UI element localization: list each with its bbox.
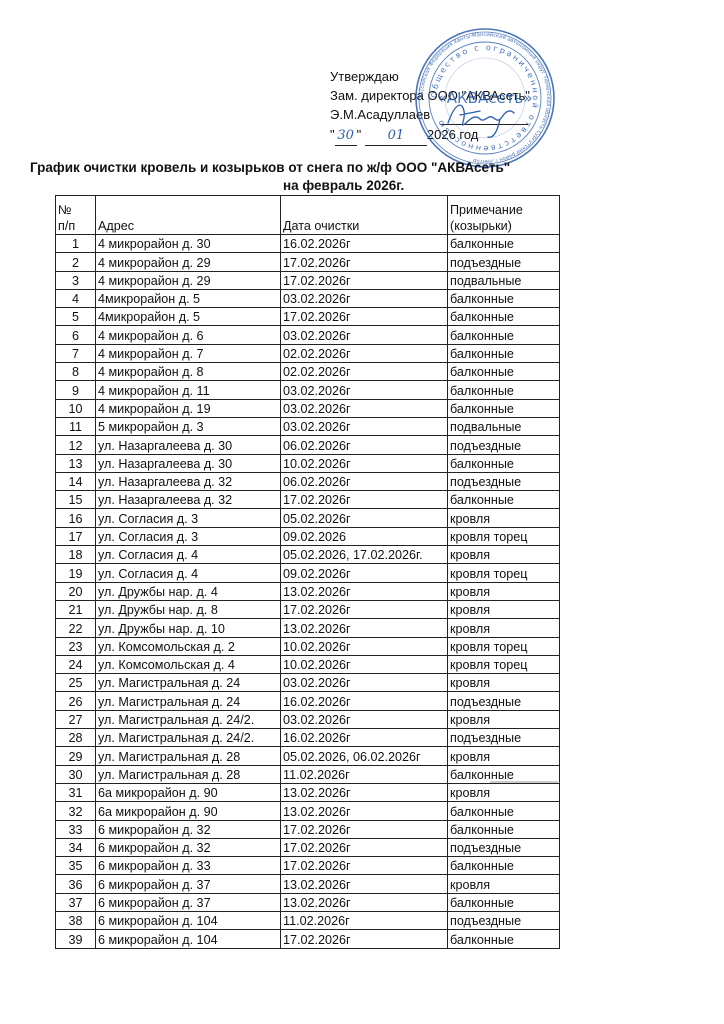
- row-note: балконные: [448, 344, 560, 362]
- row-address: 6 микрорайон д. 33: [96, 857, 281, 875]
- row-number: 13: [56, 454, 96, 472]
- row-address: 6 микрорайон д. 37: [96, 875, 281, 893]
- table-row: 366 микрорайон д. 3713.02.2026гкровля: [56, 875, 560, 893]
- row-address: 4микрорайон д. 5: [96, 289, 281, 307]
- row-number: 23: [56, 637, 96, 655]
- row-date: 17.02.2026г: [281, 253, 448, 271]
- row-note: балконные: [448, 820, 560, 838]
- row-address: 4 микрорайон д. 30: [96, 235, 281, 253]
- row-date: 13.02.2026г: [281, 619, 448, 637]
- table-row: 28ул. Магистральная д. 24/2.16.02.2026гп…: [56, 729, 560, 747]
- row-number: 14: [56, 472, 96, 490]
- table-row: 21ул. Дружбы нар. д. 817.02.2026гкровля: [56, 600, 560, 618]
- row-note: балконные: [448, 491, 560, 509]
- table-body: 14 микрорайон д. 3016.02.2026гбалконные2…: [56, 235, 560, 949]
- row-date: 03.02.2026г: [281, 326, 448, 344]
- table-row: 14 микрорайон д. 3016.02.2026гбалконные: [56, 235, 560, 253]
- row-date: 03.02.2026г: [281, 417, 448, 435]
- row-note: кровля: [448, 783, 560, 801]
- row-address: ул. Назаргалеева д. 32: [96, 472, 281, 490]
- row-date: 02.02.2026г: [281, 344, 448, 362]
- schedule-table: № п/п Адрес Дата очистки Примечание (коз…: [55, 195, 560, 949]
- row-address: 4 микрорайон д. 11: [96, 381, 281, 399]
- table-row: 26ул. Магистральная д. 2416.02.2026гподъ…: [56, 692, 560, 710]
- row-address: ул. Назаргалеева д. 30: [96, 454, 281, 472]
- row-note: кровля: [448, 546, 560, 564]
- row-note: кровля: [448, 747, 560, 765]
- row-number: 36: [56, 875, 96, 893]
- row-number: 4: [56, 289, 96, 307]
- row-number: 16: [56, 509, 96, 527]
- row-address: ул. Согласия д. 4: [96, 546, 281, 564]
- row-note: подвальные: [448, 417, 560, 435]
- row-date: 11.02.2026г: [281, 765, 448, 783]
- table-row: 386 микрорайон д. 10411.02.2026гподъездн…: [56, 911, 560, 929]
- table-row: 27ул. Магистральная д. 24/2.03.02.2026гк…: [56, 710, 560, 728]
- row-note: балконные: [448, 308, 560, 326]
- header-address: Адрес: [96, 196, 281, 235]
- row-date: 10.02.2026г: [281, 454, 448, 472]
- row-note: кровля: [448, 710, 560, 728]
- row-number: 15: [56, 491, 96, 509]
- row-date: 06.02.2026г: [281, 436, 448, 454]
- header-number: № п/п: [56, 196, 96, 235]
- row-note: балконные: [448, 289, 560, 307]
- row-address: ул. Магистральная д. 28: [96, 747, 281, 765]
- row-date: 03.02.2026г: [281, 399, 448, 417]
- row-date: 03.02.2026г: [281, 674, 448, 692]
- table-row: 316а микрорайон д. 9013.02.2026гкровля: [56, 783, 560, 801]
- row-address: 6 микрорайон д. 37: [96, 893, 281, 911]
- row-address: ул. Назаргалеева д. 32: [96, 491, 281, 509]
- row-address: ул. Магистральная д. 24: [96, 674, 281, 692]
- table-row: 17ул. Согласия д. 309.02.2026кровля торе…: [56, 527, 560, 545]
- row-address: ул. Магистральная д. 24/2.: [96, 729, 281, 747]
- approval-day: 30: [335, 126, 357, 146]
- table-row: 104 микрорайон д. 1903.02.2026гбалконные: [56, 399, 560, 417]
- table-row: 34 микрорайон д. 2917.02.2026гподвальные: [56, 271, 560, 289]
- row-address: ул. Согласия д. 3: [96, 527, 281, 545]
- row-number: 22: [56, 619, 96, 637]
- row-note: подъездные: [448, 729, 560, 747]
- row-note: балконные: [448, 802, 560, 820]
- row-note: балконные: [448, 399, 560, 417]
- row-date: 17.02.2026г: [281, 271, 448, 289]
- row-number: 24: [56, 655, 96, 673]
- table-row: 326а микрорайон д. 9013.02.2026гбалконны…: [56, 802, 560, 820]
- row-number: 28: [56, 729, 96, 747]
- approval-block: Утверждаю Зам. директора ООО "АКВАсеть" …: [330, 67, 530, 146]
- row-note: кровля: [448, 619, 560, 637]
- row-address: ул. Магистральная д. 28: [96, 765, 281, 783]
- table-row: 44микрорайон д. 503.02.2026гбалконные: [56, 289, 560, 307]
- row-address: 4 микрорайон д. 8: [96, 363, 281, 381]
- row-note: кровля: [448, 674, 560, 692]
- row-note: балконные: [448, 893, 560, 911]
- approver-name: Э.М.Асадуллаев: [330, 107, 430, 122]
- row-date: 09.02.2026: [281, 527, 448, 545]
- row-note: балконные: [448, 326, 560, 344]
- table-row: 29ул. Магистральная д. 2805.02.2026, 06.…: [56, 747, 560, 765]
- table-row: 346 микрорайон д. 3217.02.2026гподъездны…: [56, 838, 560, 856]
- row-address: 5 микрорайон д. 3: [96, 417, 281, 435]
- row-date: 05.02.2026, 06.02.2026г: [281, 747, 448, 765]
- row-number: 32: [56, 802, 96, 820]
- row-date: 17.02.2026г: [281, 857, 448, 875]
- table-row: 24 микрорайон д. 2917.02.2026гподъездные: [56, 253, 560, 271]
- row-number: 8: [56, 363, 96, 381]
- table-header-row: № п/п Адрес Дата очистки Примечание (коз…: [56, 196, 560, 235]
- row-address: 6а микрорайон д. 90: [96, 783, 281, 801]
- table-row: 336 микрорайон д. 3217.02.2026гбалконные: [56, 820, 560, 838]
- approval-date: "30" 012026 год: [330, 125, 530, 146]
- row-date: 17.02.2026г: [281, 308, 448, 326]
- row-address: 4 микрорайон д. 29: [96, 271, 281, 289]
- row-note: кровля торец: [448, 564, 560, 582]
- row-note: кровля: [448, 875, 560, 893]
- row-number: 2: [56, 253, 96, 271]
- table-row: 54микрорайон д. 517.02.2026гбалконные: [56, 308, 560, 326]
- table-row: 64 микрорайон д. 603.02.2026гбалконные: [56, 326, 560, 344]
- row-number: 29: [56, 747, 96, 765]
- row-date: 17.02.2026г: [281, 838, 448, 856]
- table-row: 23ул. Комсомольская д. 210.02.2026гкровл…: [56, 637, 560, 655]
- table-row: 14ул. Назаргалеева д. 3206.02.2026гподъе…: [56, 472, 560, 490]
- row-note: кровля торец: [448, 637, 560, 655]
- row-date: 05.02.2026, 17.02.2026г.: [281, 546, 448, 564]
- table-row: 15ул. Назаргалеева д. 3217.02.2026гбалко…: [56, 491, 560, 509]
- row-note: подъездные: [448, 436, 560, 454]
- header-date: Дата очистки: [281, 196, 448, 235]
- row-date: 03.02.2026г: [281, 289, 448, 307]
- row-number: 27: [56, 710, 96, 728]
- row-note: подъездные: [448, 472, 560, 490]
- approval-year: 2026 год: [427, 127, 479, 142]
- row-number: 38: [56, 911, 96, 929]
- row-address: ул. Согласия д. 3: [96, 509, 281, 527]
- approver-position: Зам. директора ООО "АКВАсеть": [330, 86, 530, 105]
- row-address: ул. Дружбы нар. д. 10: [96, 619, 281, 637]
- row-address: 4 микрорайон д. 29: [96, 253, 281, 271]
- row-note: подъездные: [448, 692, 560, 710]
- row-date: 05.02.2026г: [281, 509, 448, 527]
- row-address: 6 микрорайон д. 104: [96, 930, 281, 948]
- row-address: ул. Магистральная д. 24: [96, 692, 281, 710]
- row-number: 35: [56, 857, 96, 875]
- table-row: 18ул. Согласия д. 405.02.2026, 17.02.202…: [56, 546, 560, 564]
- row-note: кровля: [448, 582, 560, 600]
- approval-heading: Утверждаю: [330, 67, 530, 86]
- row-number: 20: [56, 582, 96, 600]
- row-date: 10.02.2026г: [281, 655, 448, 673]
- row-address: 6а микрорайон д. 90: [96, 802, 281, 820]
- row-note: балконные: [448, 930, 560, 948]
- row-note: подъездные: [448, 253, 560, 271]
- row-date: 17.02.2026г: [281, 930, 448, 948]
- table-row: 19ул. Согласия д. 409.02.2026гкровля тор…: [56, 564, 560, 582]
- row-address: 4 микрорайон д. 19: [96, 399, 281, 417]
- table-row: 115 микрорайон д. 303.02.2026гподвальные: [56, 417, 560, 435]
- table-row: 20ул. Дружбы нар. д. 413.02.2026гкровля: [56, 582, 560, 600]
- row-number: 3: [56, 271, 96, 289]
- table-row: 12ул. Назаргалеева д. 3006.02.2026гподъе…: [56, 436, 560, 454]
- row-date: 13.02.2026г: [281, 875, 448, 893]
- signature-line: [440, 105, 528, 125]
- row-address: 6 микрорайон д. 32: [96, 838, 281, 856]
- row-number: 26: [56, 692, 96, 710]
- row-note: балконные: [448, 454, 560, 472]
- row-note: кровля: [448, 509, 560, 527]
- row-number: 7: [56, 344, 96, 362]
- row-date: 02.02.2026г: [281, 363, 448, 381]
- row-address: 4 микрорайон д. 7: [96, 344, 281, 362]
- row-note: балконные: [448, 857, 560, 875]
- row-number: 18: [56, 546, 96, 564]
- table-row: 84 микрорайон д. 802.02.2026гбалконные: [56, 363, 560, 381]
- row-date: 17.02.2026г: [281, 600, 448, 618]
- row-number: 17: [56, 527, 96, 545]
- approval-month: 01: [365, 126, 427, 146]
- row-number: 34: [56, 838, 96, 856]
- row-number: 1: [56, 235, 96, 253]
- row-number: 11: [56, 417, 96, 435]
- row-date: 09.02.2026г: [281, 564, 448, 582]
- approver-name-line: Э.М.Асадуллаев: [330, 105, 530, 125]
- row-date: 11.02.2026г: [281, 911, 448, 929]
- row-date: 13.02.2026г: [281, 783, 448, 801]
- row-note: балконные: [448, 765, 560, 783]
- row-date: 17.02.2026г: [281, 820, 448, 838]
- row-number: 37: [56, 893, 96, 911]
- row-number: 33: [56, 820, 96, 838]
- row-date: 16.02.2026г: [281, 692, 448, 710]
- table-row: 13ул. Назаргалеева д. 3010.02.2026гбалко…: [56, 454, 560, 472]
- row-note: кровля: [448, 600, 560, 618]
- row-address: ул. Комсомольская д. 2: [96, 637, 281, 655]
- table-row: 396 микрорайон д. 10417.02.2026гбалконны…: [56, 930, 560, 948]
- document-subtitle: на февраль 2026г.: [283, 178, 483, 193]
- row-note: балконные: [448, 381, 560, 399]
- row-address: ул. Магистральная д. 24/2.: [96, 710, 281, 728]
- table-row: 376 микрорайон д. 3713.02.2026гбалконные: [56, 893, 560, 911]
- row-number: 19: [56, 564, 96, 582]
- table-row: 16ул. Согласия д. 305.02.2026гкровля: [56, 509, 560, 527]
- header-note: Примечание (козырьки): [448, 196, 560, 235]
- row-number: 25: [56, 674, 96, 692]
- row-date: 16.02.2026г: [281, 235, 448, 253]
- row-address: 6 микрорайон д. 32: [96, 820, 281, 838]
- row-number: 31: [56, 783, 96, 801]
- row-note: подвальные: [448, 271, 560, 289]
- table-row: 30ул. Магистральная д. 2811.02.2026гбалк…: [56, 765, 560, 783]
- row-number: 30: [56, 765, 96, 783]
- row-note: подъездные: [448, 911, 560, 929]
- row-address: ул. Согласия д. 4: [96, 564, 281, 582]
- row-address: ул. Комсомольская д. 4: [96, 655, 281, 673]
- row-number: 5: [56, 308, 96, 326]
- document-title: График очистки кровель и козырьков от сн…: [30, 160, 550, 175]
- row-number: 12: [56, 436, 96, 454]
- row-address: ул. Дружбы нар. д. 4: [96, 582, 281, 600]
- table-row: 94 микрорайон д. 1103.02.2026гбалконные: [56, 381, 560, 399]
- row-address: ул. Назаргалеева д. 30: [96, 436, 281, 454]
- row-address: 6 микрорайон д. 104: [96, 911, 281, 929]
- row-date: 17.02.2026г: [281, 491, 448, 509]
- row-number: 9: [56, 381, 96, 399]
- row-date: 13.02.2026г: [281, 802, 448, 820]
- table-row: 24ул. Комсомольская д. 410.02.2026гкровл…: [56, 655, 560, 673]
- row-date: 03.02.2026г: [281, 710, 448, 728]
- row-number: 6: [56, 326, 96, 344]
- row-note: кровля торец: [448, 655, 560, 673]
- row-date: 16.02.2026г: [281, 729, 448, 747]
- row-date: 13.02.2026г: [281, 582, 448, 600]
- row-date: 06.02.2026г: [281, 472, 448, 490]
- row-address: ул. Дружбы нар. д. 8: [96, 600, 281, 618]
- row-note: балконные: [448, 363, 560, 381]
- row-note: подъездные: [448, 838, 560, 856]
- row-note: балконные: [448, 235, 560, 253]
- row-number: 21: [56, 600, 96, 618]
- row-number: 10: [56, 399, 96, 417]
- row-note: кровля торец: [448, 527, 560, 545]
- table-row: 74 микрорайон д. 702.02.2026гбалконные: [56, 344, 560, 362]
- row-date: 03.02.2026г: [281, 381, 448, 399]
- row-address: 4 микрорайон д. 6: [96, 326, 281, 344]
- table-row: 22ул. Дружбы нар. д. 1013.02.2026гкровля: [56, 619, 560, 637]
- row-number: 39: [56, 930, 96, 948]
- table-row: 25ул. Магистральная д. 2403.02.2026гкров…: [56, 674, 560, 692]
- row-address: 4микрорайон д. 5: [96, 308, 281, 326]
- row-date: 10.02.2026г: [281, 637, 448, 655]
- table-row: 356 микрорайон д. 3317.02.2026гбалконные: [56, 857, 560, 875]
- row-date: 13.02.2026г: [281, 893, 448, 911]
